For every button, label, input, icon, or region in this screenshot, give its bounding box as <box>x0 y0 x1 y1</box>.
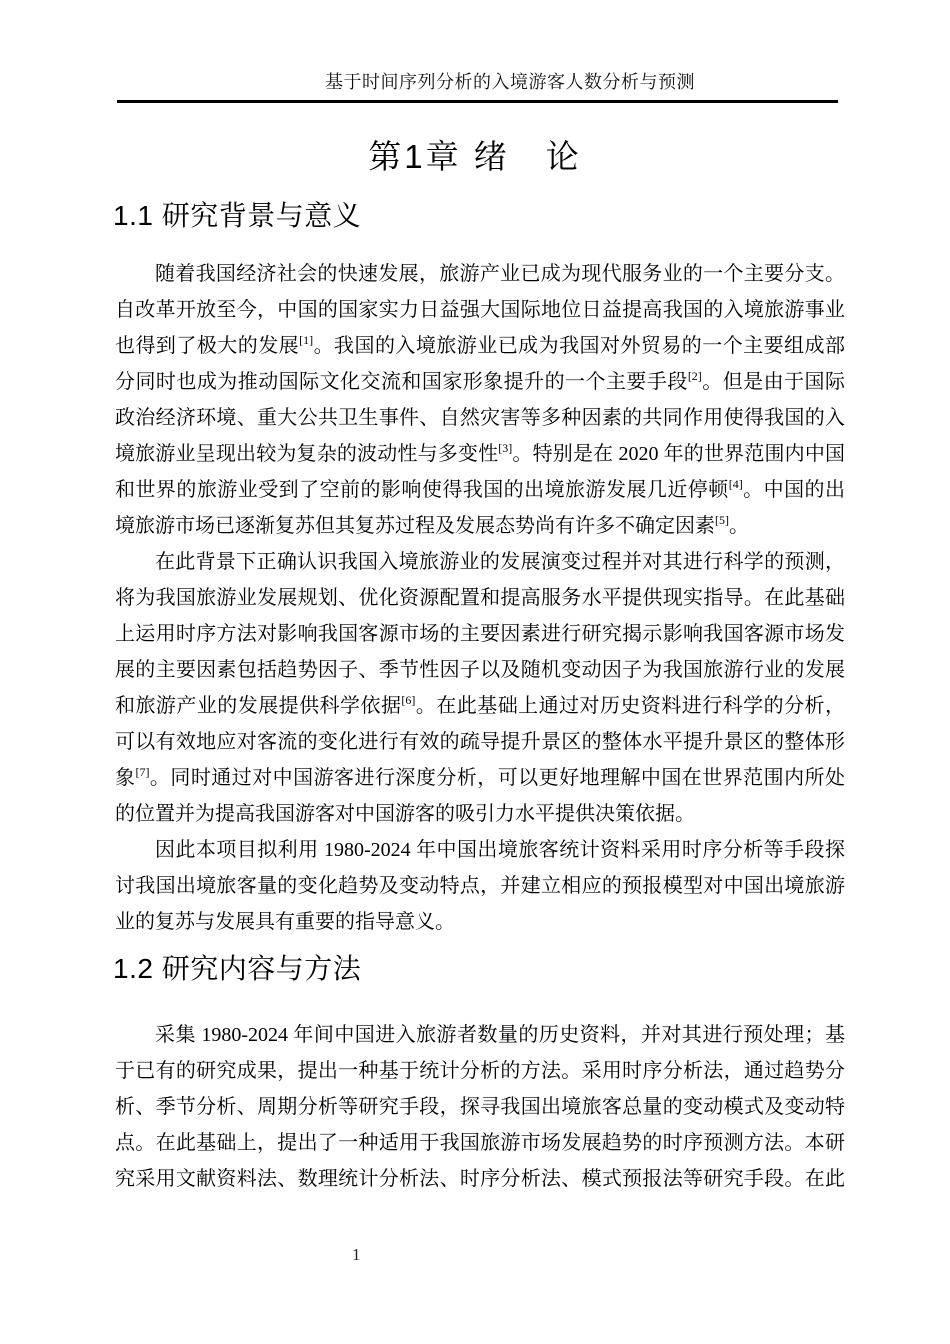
section-heading-1-1: 1.1 研究背景与意义 <box>113 200 873 232</box>
paragraph-background-2: 在此背景下正确认识我国入境旅游业的发展演变过程并对其进行科学的预测，将为我国旅游… <box>115 544 845 832</box>
header-rule <box>117 100 838 103</box>
citation-marker: [5] <box>715 513 729 527</box>
page-number: 1 <box>352 1245 361 1265</box>
chapter-title: 第1章 绪 论 <box>0 138 950 176</box>
running-title: 基于时间序列分析的入境游客人数分析与预测 <box>0 70 950 94</box>
citation-marker: [3] <box>498 441 512 455</box>
citation-marker: [6] <box>401 693 415 707</box>
paragraph-methods-1: 采集 1980-2024 年间中国进入旅游者数量的历史资料，并对其进行预处理；基… <box>115 1017 845 1197</box>
section-heading-1-2: 1.2 研究内容与方法 <box>113 953 873 985</box>
citation-marker: [2] <box>688 369 702 383</box>
citation-marker: [1] <box>299 333 313 347</box>
citation-marker: [4] <box>729 477 743 491</box>
paragraph-background-1: 随着我国经济社会的快速发展，旅游产业已成为现代服务业的一个主要分支。自改革开放至… <box>115 256 845 544</box>
document-page: 基于时间序列分析的入境游客人数分析与预测 第1章 绪 论 1.1 研究背景与意义… <box>0 0 950 1344</box>
citation-marker: [7] <box>135 765 149 779</box>
paragraph-background-3: 因此本项目拟利用 1980-2024 年中国出境旅客统计资料采用时序分析等手段探… <box>115 832 845 940</box>
